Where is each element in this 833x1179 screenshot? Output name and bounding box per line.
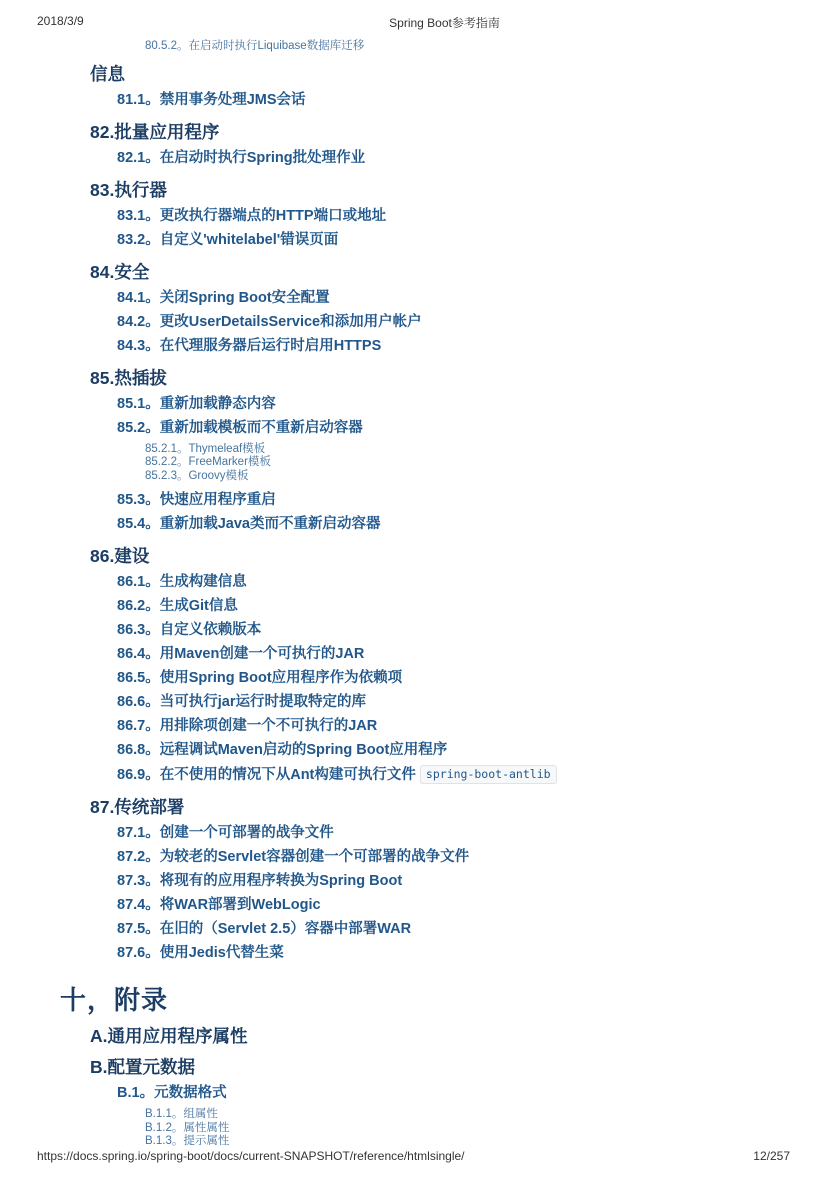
toc-section-link[interactable]: 84.2。更改UserDetailsService和添加用户帐户 [117, 310, 833, 334]
print-footer: https://docs.spring.io/spring-boot/docs/… [37, 1149, 790, 1163]
toc-entry-label: 85.1。重新加载静态内容 [117, 396, 276, 412]
toc-entry-label: 84.2。更改UserDetailsService和添加用户帐户 [117, 314, 422, 330]
inline-code-chip: spring-boot-antlib [420, 765, 557, 784]
document-title: Spring Boot参考指南 [28, 14, 833, 31]
toc-entry-label: 85.2.3。Groovy模板 [145, 470, 249, 482]
toc-entry-label: 84.安全 [90, 262, 149, 282]
toc-entry-label: A.通用应用程序属性 [90, 1026, 248, 1046]
toc-entry-label: 86.5。使用Spring Boot应用程序作为依赖项 [117, 670, 402, 686]
toc-chapter-link[interactable]: 84.安全 [90, 261, 833, 283]
toc-entry-label: 86.建设 [90, 546, 149, 566]
toc-entry-label: 86.8。远程调试Maven启动的Spring Boot应用程序 [117, 742, 447, 758]
toc-chapter-link[interactable]: A.通用应用程序属性 [90, 1025, 833, 1047]
toc-entry-label: 87.3。将现有的应用程序转换为Spring Boot [117, 873, 402, 889]
toc-entry-label: 86.2。生成Git信息 [117, 598, 238, 614]
document-page: 2018/3/9 Spring Boot参考指南 80.5.2。在启动时执行Li… [0, 0, 833, 1179]
toc-entry-label: 87.1。创建一个可部署的战争文件 [117, 825, 334, 841]
toc-section-link[interactable]: B.1。元数据格式 [117, 1081, 833, 1105]
toc-chapter-link[interactable]: 83.执行器 [90, 179, 833, 201]
toc-entry-label: 80.5.2。在启动时执行Liquibase数据库迁移 [145, 40, 364, 52]
toc-chapter-link[interactable]: 87.传统部署 [90, 796, 833, 818]
toc-entry-label: 87.4。将WAR部署到WebLogic [117, 897, 321, 913]
toc-entry-label: 84.1。关闭Spring Boot安全配置 [117, 290, 330, 306]
toc-section-link[interactable]: 87.2。为较老的Servlet容器创建一个可部署的战争文件 [117, 845, 833, 869]
toc-entry-label: B.1.3。提示属性 [145, 1135, 229, 1147]
toc-entry-label: B.1。元数据格式 [117, 1085, 227, 1101]
toc-entry-label: 87.2。为较老的Servlet容器创建一个可部署的战争文件 [117, 849, 469, 865]
page-number-indicator: 12/257 [753, 1149, 790, 1163]
toc-section-link[interactable]: 86.5。使用Spring Boot应用程序作为依赖项 [117, 666, 833, 690]
toc-entry-label: 82.批量应用程序 [90, 122, 219, 142]
toc-entry-label: 85.热插拔 [90, 368, 167, 388]
toc-subsection-link[interactable]: 85.2.3。Groovy模板 [145, 470, 833, 484]
toc-section-link[interactable]: 87.1。创建一个可部署的战争文件 [117, 821, 833, 845]
toc-section-link[interactable]: 86.8。远程调试Maven启动的Spring Boot应用程序 [117, 738, 833, 762]
toc-chapter-link[interactable]: 85.热插拔 [90, 367, 833, 389]
toc-entry-label: 87.5。在旧的（Servlet 2.5）容器中部署WAR [117, 921, 411, 937]
toc-entry-label: 82.1。在启动时执行Spring批处理作业 [117, 150, 365, 166]
toc-entry-label: 87.传统部署 [90, 797, 184, 817]
table-of-contents: 80.5.2。在启动时执行Liquibase数据库迁移信息81.1。禁用事务处理… [0, 38, 833, 1149]
source-url: https://docs.spring.io/spring-boot/docs/… [37, 1149, 465, 1163]
toc-entry-label: 83.执行器 [90, 180, 167, 200]
toc-entry-label: 85.3。快速应用程序重启 [117, 492, 276, 508]
toc-entry-label: B.1.1。组属性 [145, 1108, 218, 1120]
toc-section-link[interactable]: 87.5。在旧的（Servlet 2.5）容器中部署WAR [117, 917, 833, 941]
toc-section-link[interactable]: 86.3。自定义依赖版本 [117, 618, 833, 642]
toc-entry-label: 86.6。当可执行jar运行时提取特定的库 [117, 694, 366, 710]
toc-subsection-link[interactable]: B.1.2。属性属性 [145, 1122, 833, 1136]
toc-section-link[interactable]: 86.2。生成Git信息 [117, 594, 833, 618]
toc-part-heading-link[interactable]: 十，附录 [60, 985, 833, 1015]
toc-section-link[interactable]: 85.3。快速应用程序重启 [117, 488, 833, 512]
toc-section-link[interactable]: 83.1。更改执行器端点的HTTP端口或地址 [117, 204, 833, 228]
toc-entry-label: 十，附录 [60, 985, 168, 1015]
toc-subsection-link[interactable]: B.1.1。组属性 [145, 1108, 833, 1122]
toc-entry-label: 85.4。重新加载Java类而不重新启动容器 [117, 516, 380, 532]
toc-entry-label: B.1.2。属性属性 [145, 1122, 229, 1134]
toc-section-link[interactable]: 85.1。重新加载静态内容 [117, 392, 833, 416]
toc-section-link[interactable]: 83.2。自定义'whitelabel'错误页面 [117, 228, 833, 252]
toc-section-link[interactable]: 87.3。将现有的应用程序转换为Spring Boot [117, 869, 833, 893]
toc-section-link[interactable]: 85.4。重新加载Java类而不重新启动容器 [117, 512, 833, 536]
toc-section-link[interactable]: 86.6。当可执行jar运行时提取特定的库 [117, 690, 833, 714]
toc-entry-label: 87.6。使用Jedis代替生菜 [117, 945, 284, 961]
toc-section-link[interactable]: 86.4。用Maven创建一个可执行的JAR [117, 642, 833, 666]
toc-section-link[interactable]: 87.6。使用Jedis代替生菜 [117, 941, 833, 965]
toc-section-link[interactable]: 84.1。关闭Spring Boot安全配置 [117, 286, 833, 310]
toc-entry-label: 86.1。生成构建信息 [117, 574, 247, 590]
toc-chapter-link[interactable]: 信息 [90, 63, 833, 85]
toc-entry-label: 85.2.1。Thymeleaf模板 [145, 443, 265, 455]
toc-entry-label: 85.2.2。FreeMarker模板 [145, 456, 271, 468]
toc-chapter-link[interactable]: B.配置元数据 [90, 1056, 833, 1078]
toc-subsection-link[interactable]: B.1.3。提示属性 [145, 1135, 833, 1149]
toc-section-link[interactable]: 82.1。在启动时执行Spring批处理作业 [117, 146, 833, 170]
toc-entry-label: 84.3。在代理服务器后运行时启用HTTPS [117, 338, 381, 354]
toc-subsection-link[interactable]: 85.2.1。Thymeleaf模板 [145, 443, 833, 457]
toc-section-link[interactable]: 86.1。生成构建信息 [117, 570, 833, 594]
toc-chapter-link[interactable]: 86.建设 [90, 545, 833, 567]
toc-section-link[interactable]: 81.1。禁用事务处理JMS会话 [117, 88, 833, 112]
toc-entry-label: 86.4。用Maven创建一个可执行的JAR [117, 646, 364, 662]
toc-entry-label: 86.3。自定义依赖版本 [117, 622, 261, 638]
toc-chapter-link[interactable]: 82.批量应用程序 [90, 121, 833, 143]
toc-section-link[interactable]: 85.2。重新加载模板而不重新启动容器 [117, 416, 833, 440]
toc-entry-label: 信息 [90, 64, 125, 84]
print-header: 2018/3/9 Spring Boot参考指南 [0, 14, 833, 32]
toc-entry-label: 86.7。用排除项创建一个不可执行的JAR [117, 718, 377, 734]
toc-entry-label: 86.9。在不使用的情况下从Ant构建可执行文件 [117, 767, 416, 783]
toc-entry-label: B.配置元数据 [90, 1057, 195, 1077]
toc-entry-label: 81.1。禁用事务处理JMS会话 [117, 92, 306, 108]
toc-section-link[interactable]: 84.3。在代理服务器后运行时启用HTTPS [117, 334, 833, 358]
toc-entry-label: 83.2。自定义'whitelabel'错误页面 [117, 232, 338, 248]
toc-subsection-link[interactable]: 85.2.2。FreeMarker模板 [145, 456, 833, 470]
toc-section-link[interactable]: 86.7。用排除项创建一个不可执行的JAR [117, 714, 833, 738]
toc-subsection-link[interactable]: 80.5.2。在启动时执行Liquibase数据库迁移 [145, 40, 833, 54]
toc-section-link[interactable]: 87.4。将WAR部署到WebLogic [117, 893, 833, 917]
toc-section-link[interactable]: 86.9。在不使用的情况下从Ant构建可执行文件 spring-boot-ant… [117, 762, 833, 787]
toc-entry-label: 85.2。重新加载模板而不重新启动容器 [117, 420, 363, 436]
toc-entry-label: 83.1。更改执行器端点的HTTP端口或地址 [117, 208, 386, 224]
